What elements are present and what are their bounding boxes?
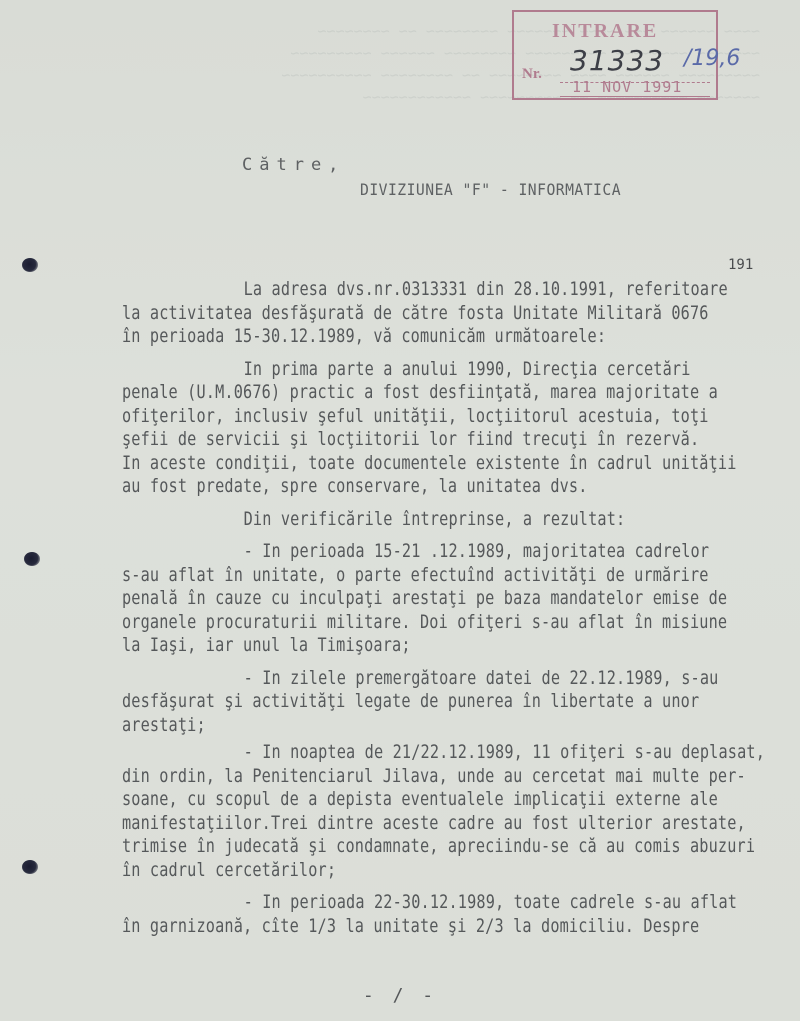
- text-line: manifestaţiilor.Trei dintre aceste cadre…: [122, 812, 650, 836]
- paragraph-findings-intro: Din verificările întreprinse, a rezultat…: [122, 508, 782, 532]
- text-line: - In perioada 22-30.12.1989, toate cadre…: [122, 891, 650, 915]
- text-line: în cadrul cercetărilor;: [122, 859, 650, 883]
- text-line: arestaţi;: [122, 714, 650, 738]
- punch-hole-icon: [22, 860, 38, 874]
- paragraph-item-jilava: - In noaptea de 21/22.12.1989, 11 ofiţer…: [122, 741, 782, 882]
- text-line: din ordin, la Penitenciarul Jilava, unde…: [122, 765, 650, 789]
- text-line: - In noaptea de 21/22.12.1989, 11 ofiţer…: [122, 741, 650, 765]
- text-line: desfăşurat şi activităţi legate de puner…: [122, 690, 650, 714]
- text-line: au fost predate, spre conservare, la uni…: [122, 475, 650, 499]
- text-line: penale (U.M.0676) practic a fost desfiin…: [122, 381, 650, 405]
- text-line: trimise în judecată şi condamnate, aprec…: [122, 835, 650, 859]
- page-mark: 191: [728, 257, 753, 273]
- text-line: soane, cu scopul de a depista eventualel…: [122, 788, 650, 812]
- text-line: In aceste condiţii, toate documentele ex…: [122, 452, 650, 476]
- text-line: la activitatea desfăşurată de către fost…: [122, 302, 650, 326]
- punch-hole-icon: [24, 552, 40, 566]
- stamp-handwritten-addition: /19,6: [684, 46, 740, 71]
- text-line: penală în cauze cu inculpaţi arestaţi pe…: [122, 587, 650, 611]
- recipient: DIVIZIUNEA "F" - INFORMATICA: [360, 180, 621, 199]
- stamp-date-line: [560, 96, 710, 97]
- stamp-nr-label: Nr.: [522, 66, 542, 83]
- stamp-date: 11 NOV 1991: [572, 78, 682, 96]
- text-line: Din verificările întreprinse, a rezultat…: [122, 508, 650, 532]
- text-line: în garnizoană, cîte 1/3 la unitate şi 2/…: [122, 915, 650, 939]
- letter-body: La adresa dvs.nr.0313331 din 28.10.1991,…: [122, 278, 782, 938]
- paragraph-dissolution: In prima parte a anului 1990, Direcţia c…: [122, 358, 782, 499]
- text-line: ofiţerilor, inclusiv şeful unităţii, loc…: [122, 405, 650, 429]
- text-line: - In perioada 15-21 .12.1989, majoritate…: [122, 540, 650, 564]
- stamp-title: INTRARE: [552, 20, 658, 43]
- text-line: organele procuraturii militare. Doi ofiţ…: [122, 611, 650, 635]
- text-line: şefii de servicii şi locţiitorii lor fii…: [122, 428, 650, 452]
- paragraph-item-before-22: - In zilele premergătoare datei de 22.12…: [122, 667, 782, 738]
- text-line: în perioada 15-30.12.1989, vă comunicăm …: [122, 325, 650, 349]
- incoming-registration-stamp: INTRARE Nr. 31333 /19,6 11 NOV 1991: [512, 10, 718, 100]
- text-line: - In zilele premergătoare datei de 22.12…: [122, 667, 650, 691]
- text-line: la Iaşi, iar unul la Timişoara;: [122, 634, 650, 658]
- salutation: Către,: [242, 155, 345, 175]
- text-line: s-au aflat în unitate, o parte efectuînd…: [122, 564, 650, 588]
- punch-hole-icon: [22, 258, 38, 272]
- stamp-registration-number: 31333: [570, 44, 664, 77]
- document-page: ~~~~ ~~~~~~ ~~~ ~~~~ ~~~~~~~ ~~~~~~~~ ~~…: [0, 0, 800, 1021]
- paragraph-intro: La adresa dvs.nr.0313331 din 28.10.1991,…: [122, 278, 782, 349]
- text-line: In prima parte a anului 1990, Direcţia c…: [122, 358, 650, 382]
- paragraph-item-22-30: - In perioada 22-30.12.1989, toate cadre…: [122, 891, 782, 938]
- text-line: La adresa dvs.nr.0313331 din 28.10.1991,…: [122, 278, 650, 302]
- paragraph-item-15-21: - In perioada 15-21 .12.1989, majoritate…: [122, 540, 782, 658]
- continuation-mark: - / -: [0, 985, 800, 1006]
